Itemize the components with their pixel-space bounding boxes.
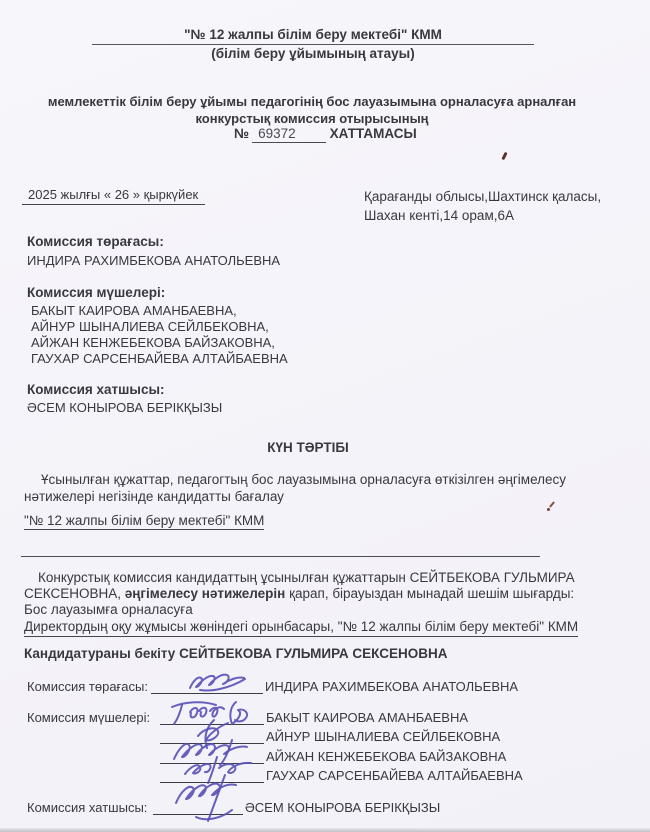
member-name: БАКЫТ КАИРОВА АМАНБАЕВНА, bbox=[27, 303, 288, 319]
protocol-title: ХАТТАМАСЫ bbox=[330, 126, 417, 141]
protocol-address: Қарағанды облысы,Шахтинск қаласы, Шахан … bbox=[364, 187, 601, 225]
ink-speck bbox=[547, 508, 550, 511]
decision-part1: Конкурстық комиссия кандидаттың ұсынылға… bbox=[38, 570, 406, 585]
protocol-number-line: №69372ХАТТАМАСЫ bbox=[234, 126, 417, 143]
signature-row-member: АЙЖАН КЕНЖЕБЕКОВА БАЙЗАКОВНА bbox=[27, 749, 523, 764]
address-line1: Қарағанды облысы,Шахтинск қаласы, bbox=[364, 187, 601, 206]
decision-paragraph: Конкурстық комиссия кандидаттың ұсынылға… bbox=[24, 570, 602, 637]
approve-candidate-name: СЕЙТБЕКОВА ГУЛЬМИРА СЕКСЕНОВНА bbox=[179, 646, 447, 661]
meeting-subtitle-line1: мемлекеттік білім беру ұйымы педагогінің… bbox=[27, 94, 597, 111]
separator-line bbox=[21, 556, 540, 557]
signature-row-member: ГАУХАР САРСЕНБАЙЕВА АЛТАЙБАЕВНА bbox=[27, 768, 523, 783]
approve-prefix: Кандидатураны бекіту bbox=[24, 646, 175, 661]
chairman-name: ИНДИРА РАХИМБЕКОВА АНАТОЛЬЕВНА bbox=[27, 253, 280, 269]
org-title-block: "№ 12 жалпы білім беру мектебі" КММ (біл… bbox=[92, 27, 534, 61]
sig-member-line bbox=[160, 710, 264, 725]
protocol-number: 69372 bbox=[252, 126, 326, 143]
position-title-line: Директордың оқу жұмысы жөніндегі орынбас… bbox=[24, 619, 578, 637]
member-name: ГАУХАР САРСЕНБАЙЕВА АЛТАЙБАЕВНА bbox=[27, 351, 288, 367]
signature-row-member: Комиссия мүшелері:БАКЫТ КАИРОВА АМАНБАЕВ… bbox=[27, 710, 523, 725]
ink-speck bbox=[501, 152, 507, 161]
members-block: Комиссия мүшелері: БАКЫТ КАИРОВА АМАНБАЕ… bbox=[27, 285, 288, 367]
chairman-label: Комиссия төрағасы: bbox=[27, 234, 280, 250]
member-name: АЙНУР ШЫНАЛИЕВА СЕЙЛБЕКОВНА, bbox=[27, 319, 288, 335]
sig-member-line bbox=[160, 768, 264, 783]
sig-member-name: АЙНУР ШЫНАЛИЕВА СЕЙЛБЕКОВНА bbox=[266, 729, 500, 744]
secretary-label: Комиссия хатшысы: bbox=[27, 382, 222, 398]
sig-chairman-line bbox=[151, 679, 263, 694]
org-name: "№ 12 жалпы білім беру мектебі" КММ bbox=[92, 27, 534, 45]
approve-line: Кандидатураны бекіту СЕЙТБЕКОВА ГУЛЬМИРА… bbox=[24, 646, 448, 661]
vacancy-line: Бос лауазымға орналасуға bbox=[24, 602, 602, 618]
decision-text: Конкурстық комиссия кандидаттың ұсынылға… bbox=[24, 570, 602, 602]
sig-chairman-label: Комиссия төрағасы: bbox=[27, 679, 151, 694]
org-name-caption: (білім беру ұйымының атауы) bbox=[92, 46, 534, 61]
scanned-protocol-document: "№ 12 жалпы білім беру мектебі" КММ (біл… bbox=[0, 0, 650, 832]
member-name: АЙЖАН КЕНЖЕБЕКОВА БАЙЗАКОВНА, bbox=[27, 335, 288, 351]
sig-member-name: АЙЖАН КЕНЖЕБЕКОВА БАЙЗАКОВНА bbox=[266, 749, 506, 764]
decision-emphasis: әңгімелесу нәтижелерін bbox=[125, 586, 286, 601]
chairman-block: Комиссия төрағасы: ИНДИРА РАХИМБЕКОВА АН… bbox=[27, 234, 280, 269]
sig-member-name: ГАУХАР САРСЕНБАЙЕВА АЛТАЙБАЕВНА bbox=[266, 768, 523, 783]
meeting-subtitle: мемлекеттік білім беру ұйымы педагогінің… bbox=[27, 94, 597, 127]
signature-rows-members: Комиссия мүшелері:БАКЫТ КАИРОВА АМАНБАЕВ… bbox=[27, 710, 523, 787]
secretary-name: ӘСЕМ КОНЫРОВА БЕРІКҚЫЗЫ bbox=[27, 400, 222, 416]
meeting-subtitle-line2: конкурстық комиссия отырысының bbox=[27, 111, 597, 128]
secretary-block: Комиссия хатшысы: ӘСЕМ КОНЫРОВА БЕРІКҚЫЗ… bbox=[27, 382, 222, 416]
sig-member-line bbox=[160, 749, 264, 764]
signature-row-member: АЙНУР ШЫНАЛИЕВА СЕЙЛБЕКОВНА bbox=[27, 729, 523, 744]
address-line2: Шахан кенті,14 орам,6А bbox=[364, 206, 601, 225]
agenda-org-name: "№ 12 жалпы білім беру мектебі" КММ bbox=[24, 513, 264, 530]
signature-row-secretary: Комиссия хатшысы:ӘСЕМ КОНЫРОВА БЕРІКҚЫЗЫ bbox=[27, 800, 440, 815]
sig-secretary-name: ӘСЕМ КОНЫРОВА БЕРІКҚЫЗЫ bbox=[245, 800, 440, 815]
sig-chairman-name: ИНДИРА РАХИМБЕКОВА АНАТОЛЬЕВНА bbox=[265, 679, 518, 694]
protocol-date: 2025 жылғы « 26 » қыркүйек bbox=[22, 187, 205, 205]
sig-members-label: Комиссия мүшелері: bbox=[27, 710, 160, 725]
members-label: Комиссия мүшелері: bbox=[27, 285, 288, 301]
agenda-title: КҮН ТӘРТІБІ bbox=[27, 440, 589, 455]
signature-row-chairman: Комиссия төрағасы:ИНДИРА РАХИМБЕКОВА АНА… bbox=[27, 679, 518, 694]
sig-secretary-line bbox=[153, 800, 243, 815]
sig-secretary-label: Комиссия хатшысы: bbox=[27, 800, 153, 815]
sig-member-name: БАКЫТ КАИРОВА АМАНБАЕВНА bbox=[266, 710, 468, 725]
agenda-text: Ұсынылған құжаттар, педагогтың бос лауаз… bbox=[24, 471, 602, 505]
protocol-no-sign: № bbox=[234, 126, 249, 141]
sig-member-line bbox=[160, 729, 264, 744]
decision-part2: қарап, бірауыздан мынадай шешім шығарды: bbox=[289, 586, 574, 601]
